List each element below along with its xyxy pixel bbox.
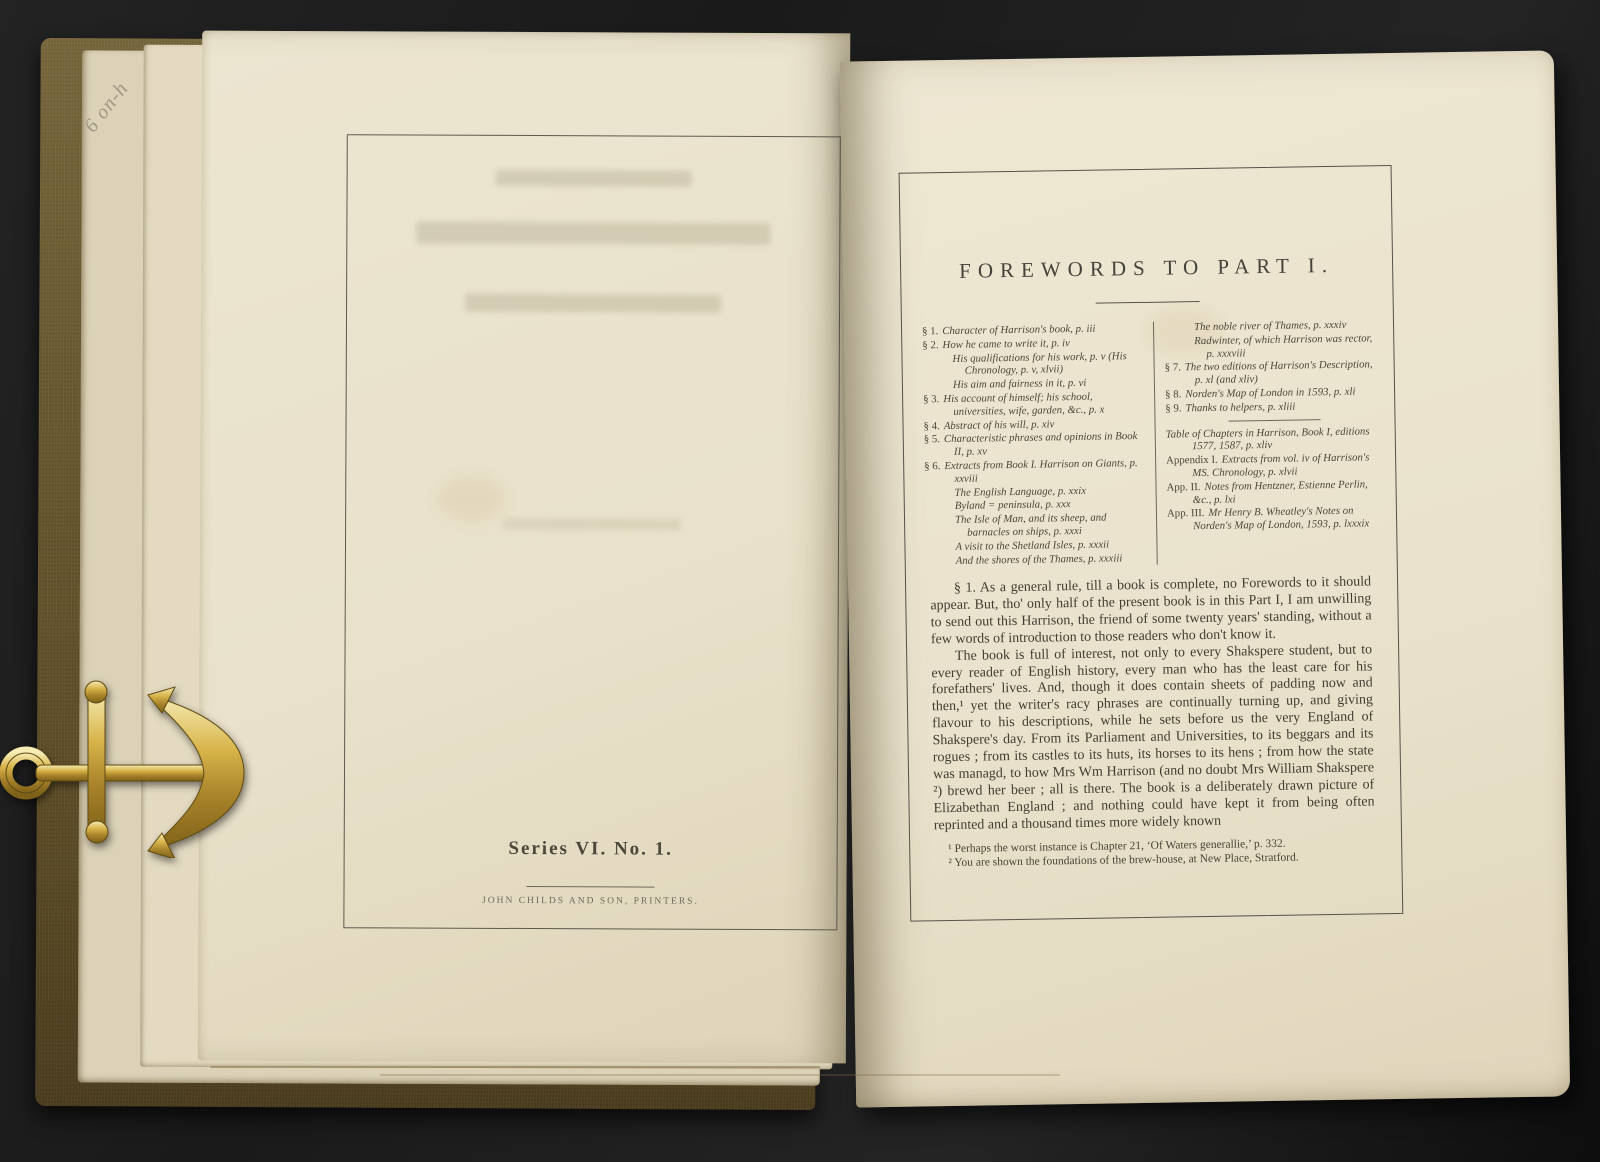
anchor-clip-icon: [0, 660, 248, 858]
show-through-text: [416, 222, 770, 246]
printer-line: JOHN CHILDS AND SON, PRINTERS.: [344, 895, 836, 907]
page-edge: [380, 1074, 1060, 1076]
toc-entry: § 6.Extracts from Book I. Harrison on Gi…: [924, 457, 1147, 486]
toc-entry: § 9.Thanks to helpers, p. xliii: [1165, 399, 1382, 415]
book-photo: 6 on-h Series VI. No. 1. JOHN CHILDS AND…: [0, 0, 1600, 1162]
toc-entry: § 7.The two editions of Harrison's Descr…: [1165, 359, 1382, 388]
title-rule: [1095, 301, 1199, 304]
toc-entry: Table of Chapters in Harrison, Book I, e…: [1166, 425, 1383, 454]
toc-entry: § 3.His account of himself; his school, …: [923, 390, 1146, 419]
toc-entry: And the shores of the Thames, p. xxxiii: [926, 551, 1149, 567]
toc-entry: Appendix I.Extracts from vol. iv of Harr…: [1166, 451, 1383, 480]
page-title: FOREWORDS TO PART I.: [901, 252, 1392, 285]
left-page-border-box: Series VI. No. 1. JOHN CHILDS AND SON, P…: [343, 134, 840, 930]
paragraph: § 1. As a general rule, till a book is c…: [930, 574, 1372, 649]
toc-entry: His qualifications for his work, p. v (H…: [922, 350, 1145, 379]
table-of-contents: § 1.Character of Harrison's book, p. iii…: [922, 318, 1385, 569]
toc-entry: § 5.Characteristic phrases and opinions …: [924, 430, 1147, 459]
show-through-text: [504, 518, 681, 531]
toc-column-left: § 1.Character of Harrison's book, p. iii…: [922, 322, 1158, 569]
page-edge: [210, 1066, 820, 1068]
series-line: Series VI. No. 1.: [345, 837, 837, 861]
toc-entry: Radwinter, of which Harrison was rector,…: [1164, 332, 1381, 361]
right-page-border-box: FOREWORDS TO PART I. § 1.Character of Ha…: [899, 165, 1404, 922]
toc-entry: App. III.Mr Henry B. Wheatley's Notes on…: [1167, 505, 1384, 534]
body-text: § 1. As a general rule, till a book is c…: [930, 574, 1375, 870]
paragraph: The book is full of interest, not only t…: [931, 642, 1375, 835]
left-page: Series VI. No. 1. JOHN CHILDS AND SON, P…: [198, 31, 850, 1064]
paper-stain: [436, 476, 506, 522]
toc-column-right: The noble river of Thames, p. xxxiv Radw…: [1154, 318, 1385, 565]
show-through-text: [465, 294, 721, 313]
divider-rule: [1228, 419, 1320, 421]
show-through-text: [495, 170, 692, 187]
divider-rule: [527, 886, 655, 888]
toc-entry: App. II.Notes from Hentzner, Estienne Pe…: [1166, 478, 1383, 507]
right-page: FOREWORDS TO PART I. § 1.Character of Ha…: [840, 50, 1570, 1107]
footnotes: ¹ Perhaps the worst instance is Chapter …: [934, 835, 1375, 870]
toc-entry: The Isle of Man, and its sheep, and barn…: [925, 511, 1148, 540]
